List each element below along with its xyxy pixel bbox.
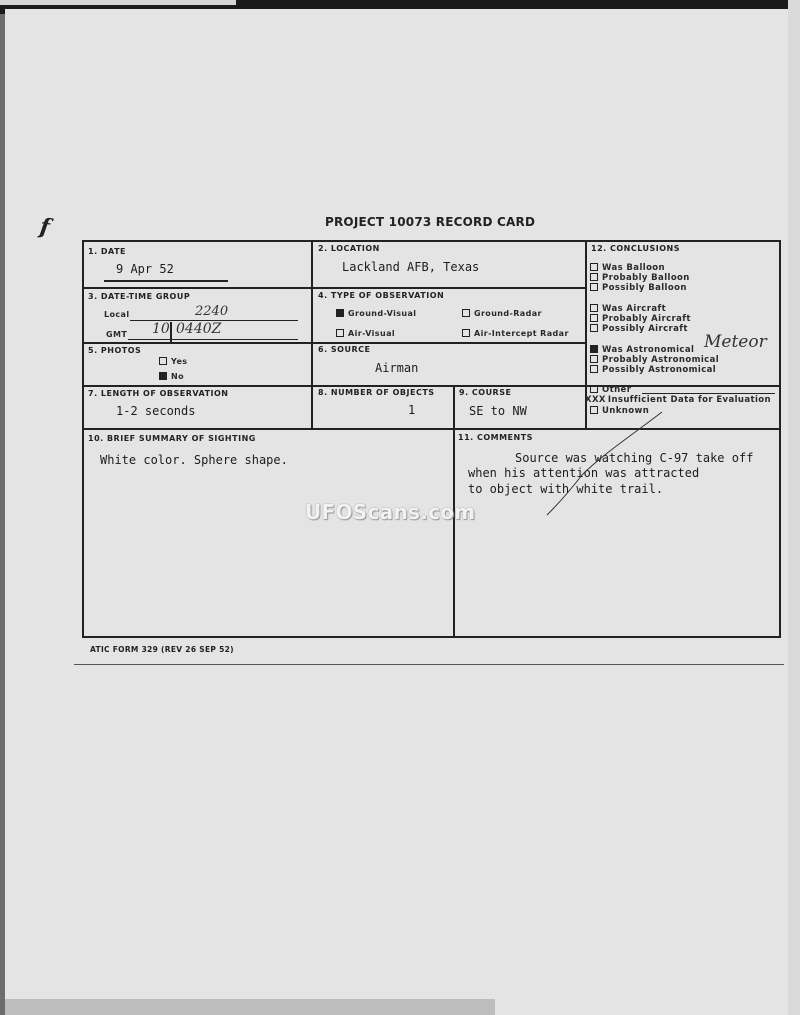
option-ground-radar[interactable]: Ground-Radar bbox=[462, 309, 542, 318]
conclusion-other[interactable]: Other bbox=[590, 385, 631, 395]
conclusion-possibly-aircraft[interactable]: Possibly Aircraft bbox=[590, 324, 688, 334]
option-air-intercept-radar[interactable]: Air-Intercept Radar bbox=[462, 329, 569, 338]
conclusion-possibly-balloon[interactable]: Possibly Balloon bbox=[590, 283, 687, 293]
handwritten-conclusion-note: Meteor bbox=[704, 332, 767, 352]
date-underline bbox=[104, 280, 228, 282]
checkbox-icon bbox=[590, 314, 598, 322]
card-border-bottom bbox=[82, 636, 781, 638]
checkbox-icon bbox=[590, 283, 598, 291]
location-label: 2. LOCATION bbox=[318, 244, 380, 253]
conclusion-probably-aircraft[interactable]: Probably Aircraft bbox=[590, 314, 691, 324]
gmt-value: 0440Z bbox=[176, 321, 221, 337]
number-of-objects-value: 1 bbox=[408, 403, 415, 417]
divider-row1 bbox=[82, 287, 585, 289]
checkbox-icon bbox=[336, 329, 344, 337]
checkbox-checked-icon bbox=[159, 372, 167, 380]
struck-out-mark: XXX bbox=[585, 395, 606, 405]
number-of-objects-label: 8. NUMBER OF OBJECTS bbox=[318, 388, 435, 397]
checkbox-icon bbox=[590, 304, 598, 312]
pen-stroke-mark bbox=[532, 410, 672, 520]
conclusion-was-balloon[interactable]: Was Balloon bbox=[590, 263, 665, 273]
local-time-label: Local bbox=[104, 310, 129, 319]
type-of-observation-label: 4. TYPE OF OBSERVATION bbox=[318, 291, 444, 300]
course-value: SE to NW bbox=[469, 404, 527, 418]
scan-edge-top bbox=[0, 0, 236, 5]
checkbox-icon bbox=[462, 309, 470, 317]
date-value: 9 Apr 52 bbox=[116, 262, 174, 276]
conclusion-possibly-astronomical[interactable]: Possibly Astronomical bbox=[590, 365, 716, 375]
gmt-day-value: 10 bbox=[152, 321, 170, 337]
conclusion-was-aircraft[interactable]: Was Aircraft bbox=[590, 304, 666, 314]
option-photos-no[interactable]: No bbox=[159, 372, 184, 381]
scan-edge-right bbox=[788, 0, 800, 1015]
checkbox-icon bbox=[590, 355, 598, 363]
location-value: Lackland AFB, Texas bbox=[342, 260, 479, 274]
comments-label: 11. COMMENTS bbox=[458, 433, 533, 442]
other-fill-line bbox=[642, 393, 775, 394]
divider-row3 bbox=[82, 385, 781, 387]
date-time-group-label: 3. DATE-TIME GROUP bbox=[88, 292, 190, 301]
checkbox-checked-icon bbox=[336, 309, 344, 317]
card-border-right bbox=[779, 240, 781, 638]
photos-label: 5. PHOTOS bbox=[88, 346, 141, 355]
conclusion-insufficient-data[interactable]: XXXInsufficient Data for Evaluation bbox=[585, 395, 771, 405]
checkbox-checked-icon bbox=[590, 345, 598, 353]
checkbox-icon bbox=[590, 365, 598, 373]
checkbox-icon bbox=[462, 329, 470, 337]
date-label: 1. DATE bbox=[88, 247, 126, 256]
length-of-observation-label: 7. LENGTH OF OBSERVATION bbox=[88, 389, 229, 398]
form-number: ATIC FORM 329 (REV 26 SEP 52) bbox=[90, 645, 234, 654]
conclusion-probably-balloon[interactable]: Probably Balloon bbox=[590, 273, 690, 283]
brief-summary-value: White color. Sphere shape. bbox=[100, 453, 288, 467]
card-border-top bbox=[82, 240, 781, 242]
source-value: Airman bbox=[375, 361, 418, 375]
scan-edge-bottom bbox=[5, 999, 495, 1015]
conclusion-was-astronomical[interactable]: Was Astronomical bbox=[590, 345, 694, 355]
footer-rule bbox=[74, 664, 784, 665]
conclusions-label: 12. CONCLUSIONS bbox=[591, 244, 680, 253]
gmt-label: GMT bbox=[106, 330, 127, 339]
divider-row4 bbox=[82, 428, 781, 430]
checkbox-icon bbox=[590, 385, 598, 393]
watermark: UFOScans.com bbox=[305, 500, 475, 524]
divider-col1 bbox=[311, 240, 313, 428]
course-label: 9. COURSE bbox=[459, 388, 511, 397]
gmt-line bbox=[128, 339, 298, 340]
checkbox-icon bbox=[590, 263, 598, 271]
option-photos-yes[interactable]: Yes bbox=[159, 357, 187, 366]
record-card: 1. DATE 9 Apr 52 2. LOCATION Lackland AF… bbox=[82, 240, 781, 638]
checkbox-icon bbox=[590, 273, 598, 281]
source-label: 6. SOURCE bbox=[318, 345, 370, 354]
option-ground-visual[interactable]: Ground-Visual bbox=[336, 309, 416, 318]
local-time-value: 2240 bbox=[195, 304, 228, 319]
card-border-left bbox=[82, 240, 84, 638]
checkbox-icon bbox=[159, 357, 167, 365]
scan-edge-left bbox=[0, 14, 5, 1015]
length-of-observation-value: 1-2 seconds bbox=[116, 404, 195, 418]
checkbox-icon bbox=[590, 324, 598, 332]
gmt-separator bbox=[170, 322, 172, 342]
divider-row2 bbox=[82, 342, 585, 344]
record-card-title: PROJECT 10073 RECORD CARD bbox=[325, 215, 535, 229]
conclusion-probably-astronomical[interactable]: Probably Astronomical bbox=[590, 355, 719, 365]
brief-summary-label: 10. BRIEF SUMMARY OF SIGHTING bbox=[88, 434, 256, 443]
option-air-visual[interactable]: Air-Visual bbox=[336, 329, 395, 338]
